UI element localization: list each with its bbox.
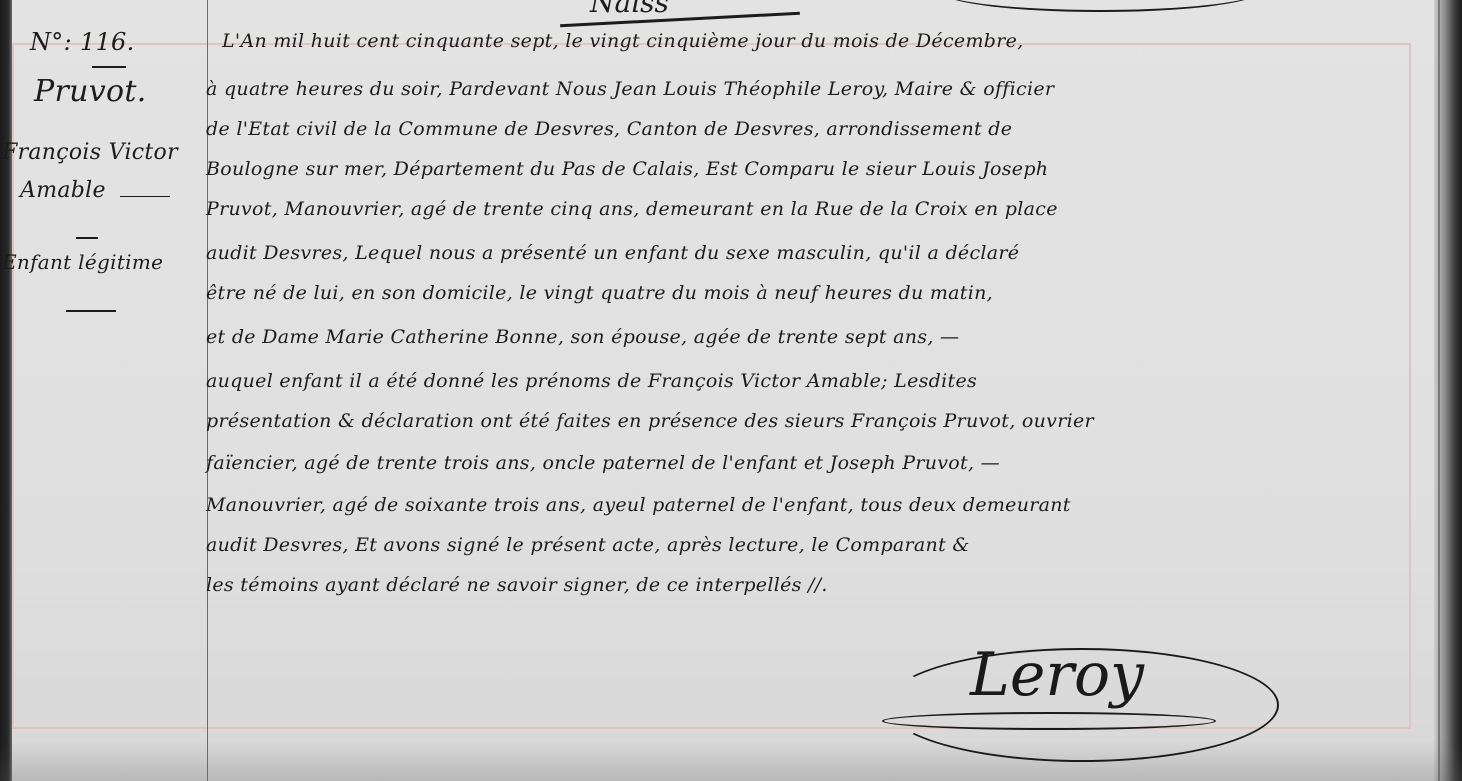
right-edge-line <box>1438 0 1440 781</box>
margin-status: Enfant légitime <box>2 250 163 274</box>
body-line-4: Boulogne sur mer, Département du Pas de … <box>206 158 1048 180</box>
body-line-6: audit Desvres, Lequel nous a présenté un… <box>206 242 1019 264</box>
body-line-7: être né de lui, en son domicile, le ving… <box>206 282 993 304</box>
margin-given-names-2: Amable <box>20 178 106 203</box>
mayor-signature: Leroy <box>970 640 1144 710</box>
body-line-13: audit Desvres, Et avons signé le présent… <box>206 534 970 556</box>
red-rule-right <box>1409 43 1411 729</box>
entry-number: N°: 116. <box>30 28 135 56</box>
body-line-9: auquel enfant il a été donné les prénoms… <box>206 370 977 392</box>
margin-surname: Pruvot. <box>34 74 147 109</box>
body-line-3: de l'Etat civil de la Commune de Desvres… <box>206 118 1012 140</box>
body-line-5: Pruvot, Manouvrier, agé de trente cinq a… <box>206 198 1058 220</box>
left-binding-edge <box>0 0 12 781</box>
top-flourish <box>940 0 1260 12</box>
given-names-dash <box>120 196 170 197</box>
header-fragment: Naiss <box>590 0 669 19</box>
body-line-1: L'An mil huit cent cinquante sept, le vi… <box>222 30 1024 52</box>
body-line-12: Manouvrier, agé de soixante trois ans, a… <box>206 494 1071 516</box>
bottom-shadow <box>0 741 1462 781</box>
scanned-register-page: Naiss N°: 116. Pruvot. François Victor A… <box>0 0 1462 781</box>
body-line-11: faïencier, agé de trente trois ans, oncl… <box>206 452 1000 474</box>
signature-underline-stroke <box>882 712 1216 730</box>
body-line-2: à quatre heures du soir, Pardevant Nous … <box>206 78 1054 100</box>
status-overline <box>76 237 98 239</box>
body-line-8: et de Dame Marie Catherine Bonne, son ép… <box>206 326 959 348</box>
status-underline <box>66 310 116 312</box>
body-line-10: présentation & déclaration ont été faite… <box>206 410 1094 432</box>
margin-given-names-1: François Victor <box>2 140 178 165</box>
entry-number-underline <box>92 66 126 68</box>
body-line-14: les témoins ayant déclaré ne savoir sign… <box>206 574 828 596</box>
